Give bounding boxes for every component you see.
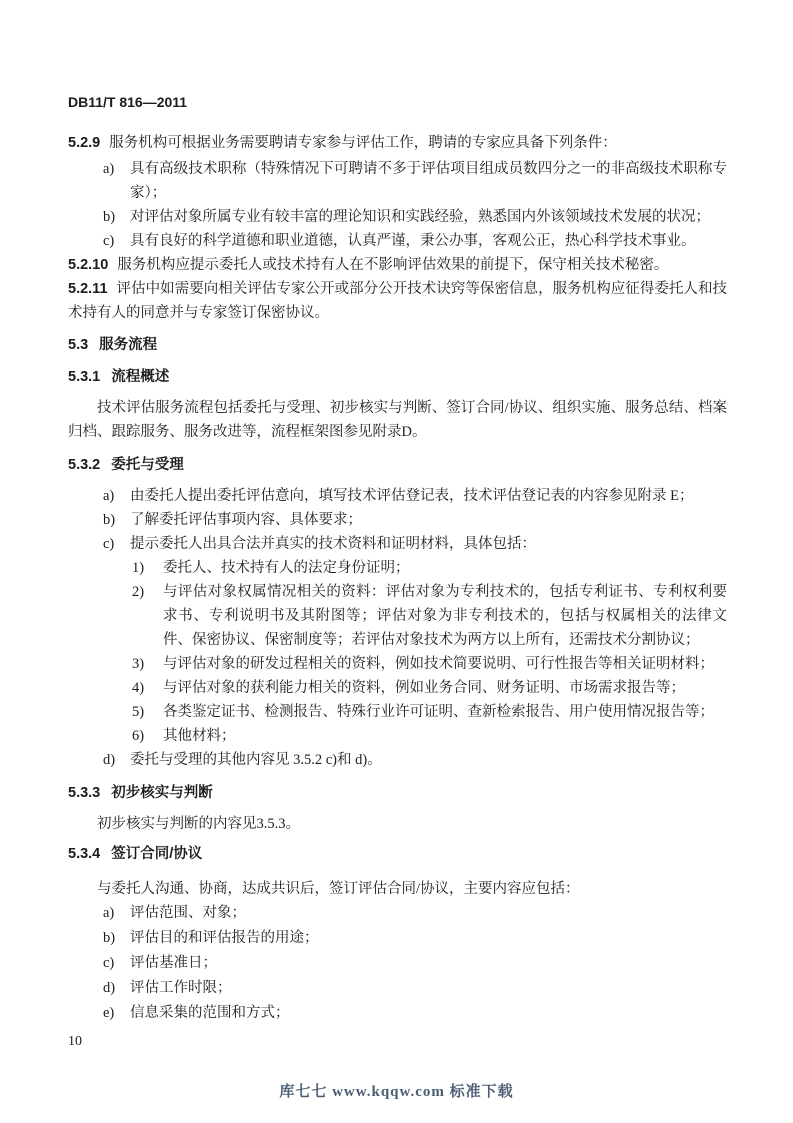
list-item: e) 信息采集的范围和方式；	[68, 1001, 727, 1026]
section-title: 签订合同/协议	[111, 846, 202, 862]
list-item-label: c)	[103, 951, 114, 976]
section-heading-5-3-3: 5.3.3初步核实与判断	[68, 781, 727, 805]
list-item-text: 委托与受理的其他内容见 3.5.2 c)和 d)。	[130, 752, 382, 768]
clause-5-2-9: 5.2.9服务机构可根据业务需要聘请专家参与评估工作，聘请的专家应具备下列条件：	[68, 131, 727, 155]
clause-number: 5.2.10	[68, 257, 108, 273]
document-page: DB11/T 816—2011 5.2.9服务机构可根据业务需要聘请专家参与评估…	[0, 0, 793, 1123]
clause-text: 服务机构应提示委托人或技术持有人在不影响评估效果的前提下，保守相关技术秘密。	[117, 257, 668, 273]
sub-list-item-text: 各类鉴定证书、检测报告、特殊行业许可证明、查新检索报告、用户使用情况报告等；	[163, 704, 714, 720]
list-item-label: c)	[103, 229, 114, 253]
standard-number-header: DB11/T 816—2011	[68, 90, 727, 114]
list-item: d) 评估工作时限；	[68, 976, 727, 1001]
section-title: 服务流程	[99, 337, 157, 353]
paragraph-5-3-3: 初步核实与判断的内容见3.5.3。	[68, 812, 727, 836]
clause-text: 评估中如需要向相关评估专家公开或部分公开技术诀窍等保密信息，服务机构应征得委托人…	[68, 281, 727, 321]
list-item-text: 评估范围、对象；	[130, 905, 246, 921]
section-heading-5-3: 5.3服务流程	[68, 333, 727, 357]
sub-list-item-label: 2)	[132, 580, 144, 604]
sub-list-item: 3) 与评估对象的研发过程相关的资料，例如技术简要说明、可行性报告等相关证明材料…	[68, 652, 727, 676]
list-item: d) 委托与受理的其他内容见 3.5.2 c)和 d)。	[68, 748, 727, 772]
sub-list-item: 4) 与评估对象的获利能力相关的资料，例如业务合同、财务证明、市场需求报告等；	[68, 676, 727, 700]
list-item-text: 对评估对象所属专业有较丰富的理论知识和实践经验，熟悉国内外该领域技术发展的状况；	[130, 209, 710, 225]
section-heading-5-3-4: 5.3.4签订合同/协议	[68, 842, 727, 866]
sub-list-item-text: 与评估对象的研发过程相关的资料，例如技术简要说明、可行性报告等相关证明材料；	[163, 656, 714, 672]
clause-5-3-2-list: a) 由委托人提出委托评估意向，填写技术评估登记表，技术评估登记表的内容参见附录…	[68, 484, 727, 772]
sub-list-item-label: 1)	[132, 556, 144, 580]
section-number: 5.3.1	[68, 369, 100, 385]
clause-text: 服务机构可根据业务需要聘请专家参与评估工作，聘请的专家应具备下列条件：	[109, 135, 617, 151]
clause-number: 5.2.11	[68, 281, 108, 297]
section-title: 初步核实与判断	[111, 785, 213, 801]
sub-list-item-text: 委托人、技术持有人的法定身份证明；	[163, 560, 410, 576]
section-number: 5.3.3	[68, 785, 100, 801]
list-item-text: 提示委托人出具合法并真实的技术资料和证明材料，具体包括：	[130, 536, 536, 552]
sub-list-item-text: 与评估对象权属情况相关的资料：评估对象为专利技术的，包括专利证书、专利权利要求书…	[163, 584, 727, 648]
list-item-label: a)	[103, 484, 114, 508]
section-title: 委托与受理	[111, 457, 184, 473]
list-item: b) 对评估对象所属专业有较丰富的理论知识和实践经验，熟悉国内外该领域技术发展的…	[68, 205, 727, 229]
list-item-text: 由委托人提出委托评估意向，填写技术评估登记表，技术评估登记表的内容参见附录 E；	[130, 488, 693, 504]
section-heading-5-3-1: 5.3.1流程概述	[68, 365, 727, 389]
list-item-label: e)	[103, 1001, 114, 1026]
list-item: b) 了解委托评估事项内容、具体要求；	[68, 508, 727, 532]
section-number: 5.3	[68, 337, 88, 353]
section-number: 5.3.4	[68, 846, 100, 862]
sub-list-item: 1) 委托人、技术持有人的法定身份证明；	[68, 556, 727, 580]
list-item-text: 信息采集的范围和方式；	[130, 1005, 290, 1021]
list-item-label: a)	[103, 157, 114, 181]
list-item-text: 评估工作时限；	[130, 980, 232, 996]
list-item: b) 评估目的和评估报告的用途；	[68, 926, 727, 951]
list-item-label: d)	[103, 976, 115, 1001]
watermark-text: 库七七 www.kqqw.com 标准下载	[0, 1080, 793, 1104]
sub-list-item-label: 3)	[132, 652, 144, 676]
clause-5-2-10: 5.2.10服务机构应提示委托人或技术持有人在不影响评估效果的前提下，保守相关技…	[68, 253, 727, 277]
paragraph-5-3-4-intro: 与委托人沟通、协商，达成共识后，签订评估合同/协议，主要内容应包括：	[68, 877, 727, 901]
list-item-text: 评估基准日；	[130, 955, 217, 971]
sub-list-item-text: 其他材料；	[163, 728, 236, 744]
sub-list-item: 6) 其他材料；	[68, 724, 727, 748]
list-item-text: 具有良好的科学道德和职业道德，认真严谨，秉公办事，客观公正，热心科学技术事业。	[130, 233, 696, 249]
clause-5-3-4-list: a) 评估范围、对象； b) 评估目的和评估报告的用途； c) 评估基准日； d…	[68, 901, 727, 1026]
list-item-text: 评估目的和评估报告的用途；	[130, 930, 319, 946]
list-item: c) 具有良好的科学道德和职业道德，认真严谨，秉公办事，客观公正，热心科学技术事…	[68, 229, 727, 253]
sub-list-item-label: 6)	[132, 724, 144, 748]
list-item-label: a)	[103, 901, 114, 926]
sub-list-item-text: 与评估对象的获利能力相关的资料，例如业务合同、财务证明、市场需求报告等；	[163, 680, 685, 696]
page-number: 10	[68, 1030, 82, 1054]
list-item-label: c)	[103, 532, 114, 556]
list-item-text: 具有高级技术职称（特殊情况下可聘请不多于评估项目组成员数四分之一的非高级技术职称…	[130, 161, 727, 201]
clause-5-2-9-list: a) 具有高级技术职称（特殊情况下可聘请不多于评估项目组成员数四分之一的非高级技…	[68, 157, 727, 253]
list-item-label: d)	[103, 748, 115, 772]
list-item: c) 评估基准日；	[68, 951, 727, 976]
sub-list-item-label: 5)	[132, 700, 144, 724]
list-item-label: b)	[103, 926, 115, 951]
list-item: a) 由委托人提出委托评估意向，填写技术评估登记表，技术评估登记表的内容参见附录…	[68, 484, 727, 508]
list-item-text: 了解委托评估事项内容、具体要求；	[130, 512, 362, 528]
list-item: c) 提示委托人出具合法并真实的技术资料和证明材料，具体包括：	[68, 532, 727, 556]
section-title: 流程概述	[111, 369, 169, 385]
list-item-label: b)	[103, 508, 115, 532]
list-item: a) 具有高级技术职称（特殊情况下可聘请不多于评估项目组成员数四分之一的非高级技…	[68, 157, 727, 205]
sub-list-item-label: 4)	[132, 676, 144, 700]
section-number: 5.3.2	[68, 457, 100, 473]
paragraph-5-3-1: 技术评估服务流程包括委托与受理、初步核实与判断、签订合同/协议、组织实施、服务总…	[68, 396, 727, 444]
clause-number: 5.2.9	[68, 135, 100, 151]
sub-list-item: 2) 与评估对象权属情况相关的资料：评估对象为专利技术的，包括专利证书、专利权利…	[68, 580, 727, 652]
list-item: a) 评估范围、对象；	[68, 901, 727, 926]
clause-5-2-11: 5.2.11评估中如需要向相关评估专家公开或部分公开技术诀窍等保密信息，服务机构…	[68, 277, 727, 325]
section-heading-5-3-2: 5.3.2委托与受理	[68, 453, 727, 477]
sub-list-item: 5) 各类鉴定证书、检测报告、特殊行业许可证明、查新检索报告、用户使用情况报告等…	[68, 700, 727, 724]
list-item-label: b)	[103, 205, 115, 229]
